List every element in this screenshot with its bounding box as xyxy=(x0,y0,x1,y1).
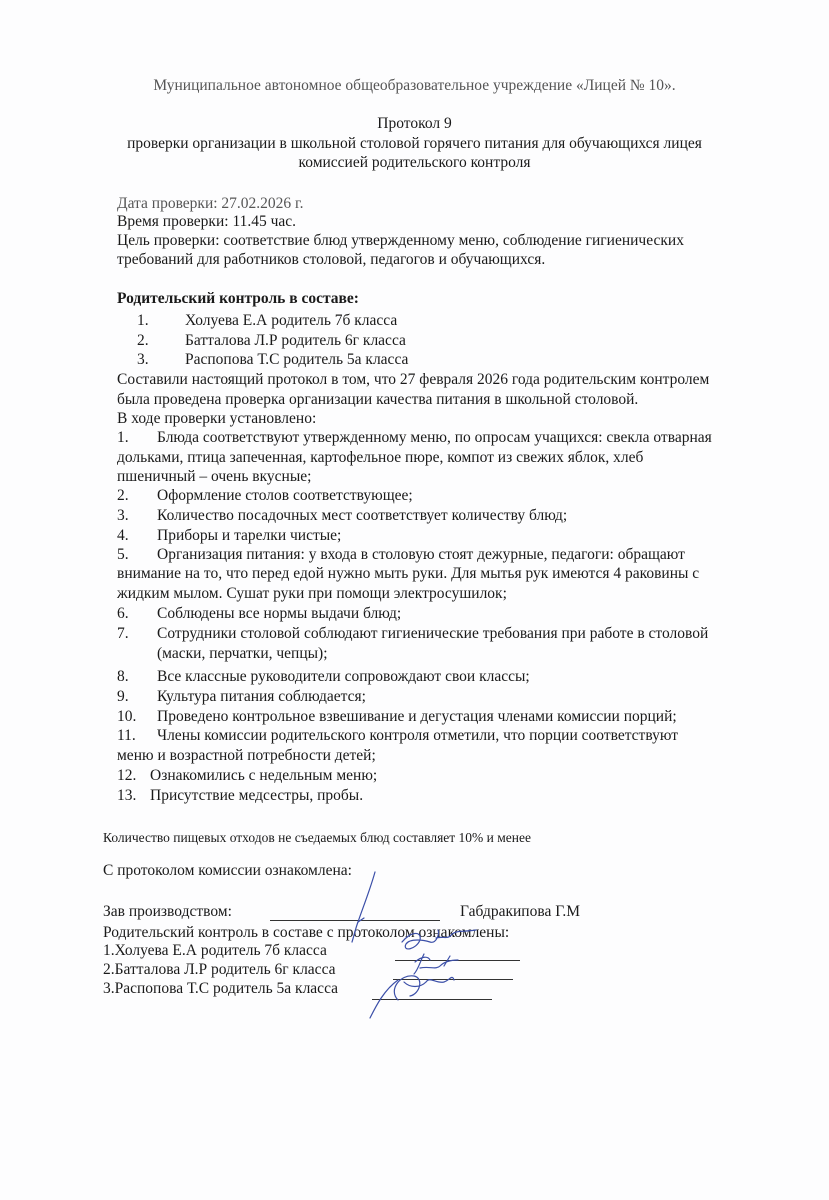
manager-label: Зав производством: xyxy=(103,903,232,921)
inspection-goal-line1: Цель проверки: соответствие блюд утвержд… xyxy=(117,232,684,250)
commission-member: Холуева Е.А родитель 7б класса xyxy=(185,312,397,330)
parent-ack-item: 1.Холуева Е.А родитель 7б класса xyxy=(103,942,327,960)
inspection-date: Дата проверки: 27.02.2026 г. xyxy=(117,195,304,213)
finding-text: Ознакомились с недельным меню; xyxy=(150,767,377,785)
intro-line2: была проведена проверка организации каче… xyxy=(117,391,638,409)
protocol-subtitle-line2: комиссией родительского контроля xyxy=(0,154,829,172)
protocol-title: Протокол 9 xyxy=(0,115,829,133)
finding-number: 7. xyxy=(117,625,129,643)
handwritten-signatures-icon xyxy=(340,870,540,1030)
finding-number: 5. xyxy=(117,546,129,564)
finding-number: 4. xyxy=(117,527,129,545)
finding-text: (маски, перчатки, чепцы); xyxy=(157,645,328,663)
finding-text: Присутствие медсестры, пробы. xyxy=(150,787,363,805)
finding-text: Оформление столов соответствующее; xyxy=(157,487,413,505)
scanned-protocol-page: Муниципальное автономное общеобразовател… xyxy=(0,0,829,1200)
finding-number: 11. xyxy=(117,727,136,745)
commission-member-number: 2. xyxy=(137,332,149,350)
inspection-time: Время проверки: 11.45 час. xyxy=(117,213,296,231)
commission-member-number: 3. xyxy=(137,351,149,369)
finding-text: Блюда соответствуют утвержденному меню, … xyxy=(157,429,712,447)
finding-number: 2. xyxy=(117,487,129,505)
finding-text: Члены комиссии родительского контроля от… xyxy=(157,727,678,745)
finding-number: 9. xyxy=(117,688,129,706)
finding-number: 6. xyxy=(117,605,129,623)
finding-number: 10. xyxy=(117,708,136,726)
finding-text: Культура питания соблюдается; xyxy=(157,688,366,706)
finding-text: Проведено контрольное взвешивание и дегу… xyxy=(157,708,677,726)
finding-text: Приборы и тарелки чистые; xyxy=(157,527,341,545)
finding-text: Все классные руководители сопровождают с… xyxy=(157,668,530,686)
finding-text: Сотрудники столовой соблюдают гигиеничес… xyxy=(157,625,708,643)
commission-member: Распопова Т.С родитель 5а класса xyxy=(185,351,408,369)
finding-number: 3. xyxy=(117,507,129,525)
finding-text: внимание на то, что перед едой нужно мыт… xyxy=(117,565,699,583)
finding-number: 1. xyxy=(117,429,129,447)
protocol-subtitle-line1: проверки организации в школьной столовой… xyxy=(0,135,829,153)
acknowledgement-heading: С протоколом комиссии ознакомлена: xyxy=(103,862,352,880)
finding-text: жидким мылом. Сушат руки при помощи элек… xyxy=(117,585,507,603)
finding-number: 12. xyxy=(117,767,136,785)
finding-number: 13. xyxy=(117,787,136,805)
commission-member-number: 1. xyxy=(137,312,149,330)
intro-line1: Составили настоящий протокол в том, что … xyxy=(117,371,709,389)
food-waste-note: Количество пищевых отходов не съедаемых … xyxy=(103,829,531,847)
finding-text: Соблюдены все нормы выдачи блюд; xyxy=(157,605,401,623)
parent-ack-item: 3.Распопова Т.С родитель 5а класса xyxy=(103,980,338,998)
parent-ack-item: 2.Батталова Л.Р родитель 6г класса xyxy=(103,961,336,979)
finding-number: 8. xyxy=(117,668,129,686)
institution-name: Муниципальное автономное общеобразовател… xyxy=(0,77,829,95)
finding-text: меню и возрастной потребности детей; xyxy=(117,747,376,765)
finding-text: Организация питания: у входа в столовую … xyxy=(157,546,685,564)
intro-line3: В ходе проверки установлено: xyxy=(117,410,316,428)
finding-text: дольками, птица запеченная, картофельное… xyxy=(117,449,643,467)
inspection-goal-line2: требований для работников столовой, педа… xyxy=(117,251,545,269)
finding-text: Количество посадочных мест соответствует… xyxy=(157,507,567,525)
finding-text: пшеничный – очень вкусные; xyxy=(117,468,311,486)
commission-member: Батталова Л.Р родитель 6г класса xyxy=(185,332,406,350)
commission-heading: Родительский контроль в составе: xyxy=(117,290,359,308)
